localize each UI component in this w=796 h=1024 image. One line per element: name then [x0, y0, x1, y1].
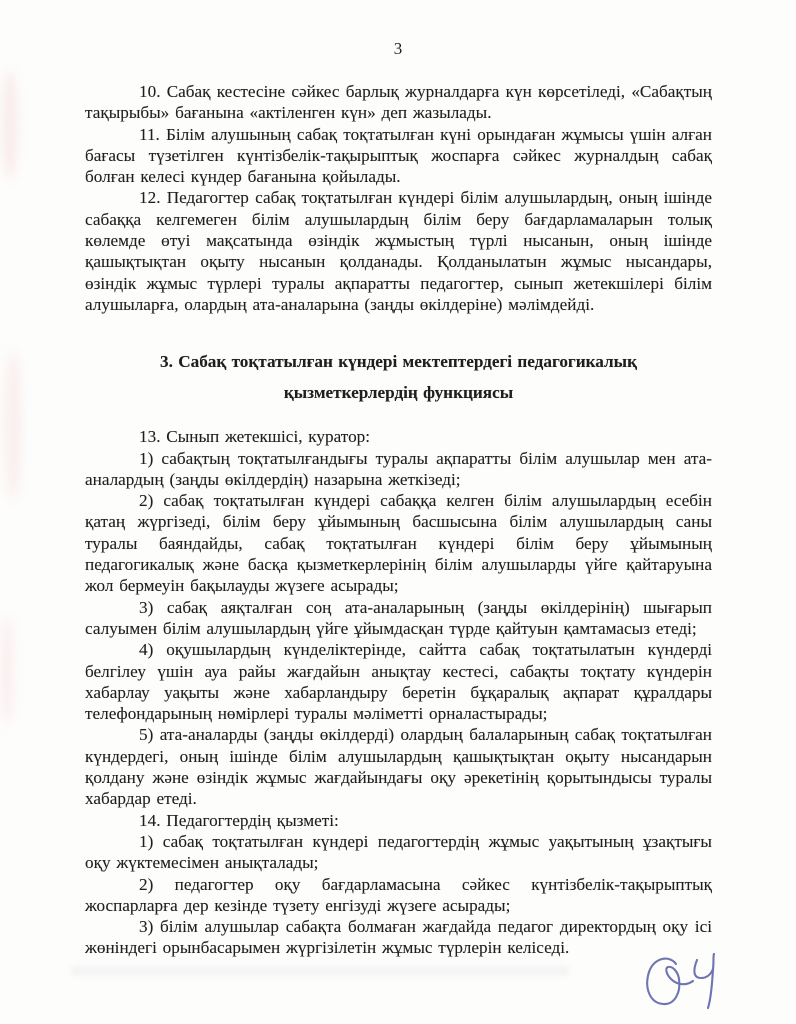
section-3-heading: 3. Сабақ тоқтатылған күндері мектептерде…	[85, 346, 712, 408]
signature-stroke-ch	[694, 954, 714, 1008]
clause-13-item-1: 1) сабақтың тоқтатылғандығы туралы ақпар…	[85, 448, 712, 491]
clause-14-item-1: 1) сабақ тоқтатылған күндері педагогтерд…	[85, 831, 712, 874]
signature-stroke-o	[647, 959, 693, 1004]
scan-smudge	[2, 70, 18, 180]
clause-13-intro: 13. Сынып жетекшісі, куратор:	[85, 426, 712, 447]
clause-13-item-4: 4) оқушылардың күнделіктерінде, сайтта с…	[85, 639, 712, 724]
clause-14-intro: 14. Педагогтердің қызметі:	[85, 810, 712, 831]
signature-ink-mark	[640, 948, 740, 1018]
clause-13-item-3: 3) сабақ аяқталған соң ата-аналарының (з…	[85, 597, 712, 640]
clause-13-item-5: 5) ата-аналарды (заңды өкілдерді) оларды…	[85, 724, 712, 809]
paragraph-10: 10. Сабақ кестесіне сәйкес барлық журнал…	[85, 81, 712, 124]
section-3-heading-line2: қызметкерлердің функциясы	[284, 383, 513, 402]
scanned-document-page: 3 10. Сабақ кестесіне сәйкес барлық журн…	[0, 0, 796, 1024]
document-body: 10. Сабақ кестесіне сәйкес барлық журнал…	[85, 81, 712, 959]
section-3-heading-line1: 3. Сабақ тоқтатылған күндері мектептерде…	[160, 352, 637, 371]
scan-smudge	[70, 966, 570, 976]
clause-14-item-2: 2) педагогтер оқу бағдарламасына сәйкес …	[85, 874, 712, 917]
page-number: 3	[0, 0, 796, 58]
paragraph-11: 11. Білім алушының сабақ тоқтатылған күн…	[85, 124, 712, 188]
scan-smudge	[0, 615, 14, 725]
paragraph-12: 12. Педагогтер сабақ тоқтатылған күндері…	[85, 187, 712, 315]
clause-13-item-2: 2) сабақ тоқтатылған күндері сабаққа кел…	[85, 490, 712, 596]
clause-14-item-3: 3) білім алушылар сабақта болмаған жағда…	[85, 916, 712, 959]
scan-smudge	[4, 350, 22, 500]
